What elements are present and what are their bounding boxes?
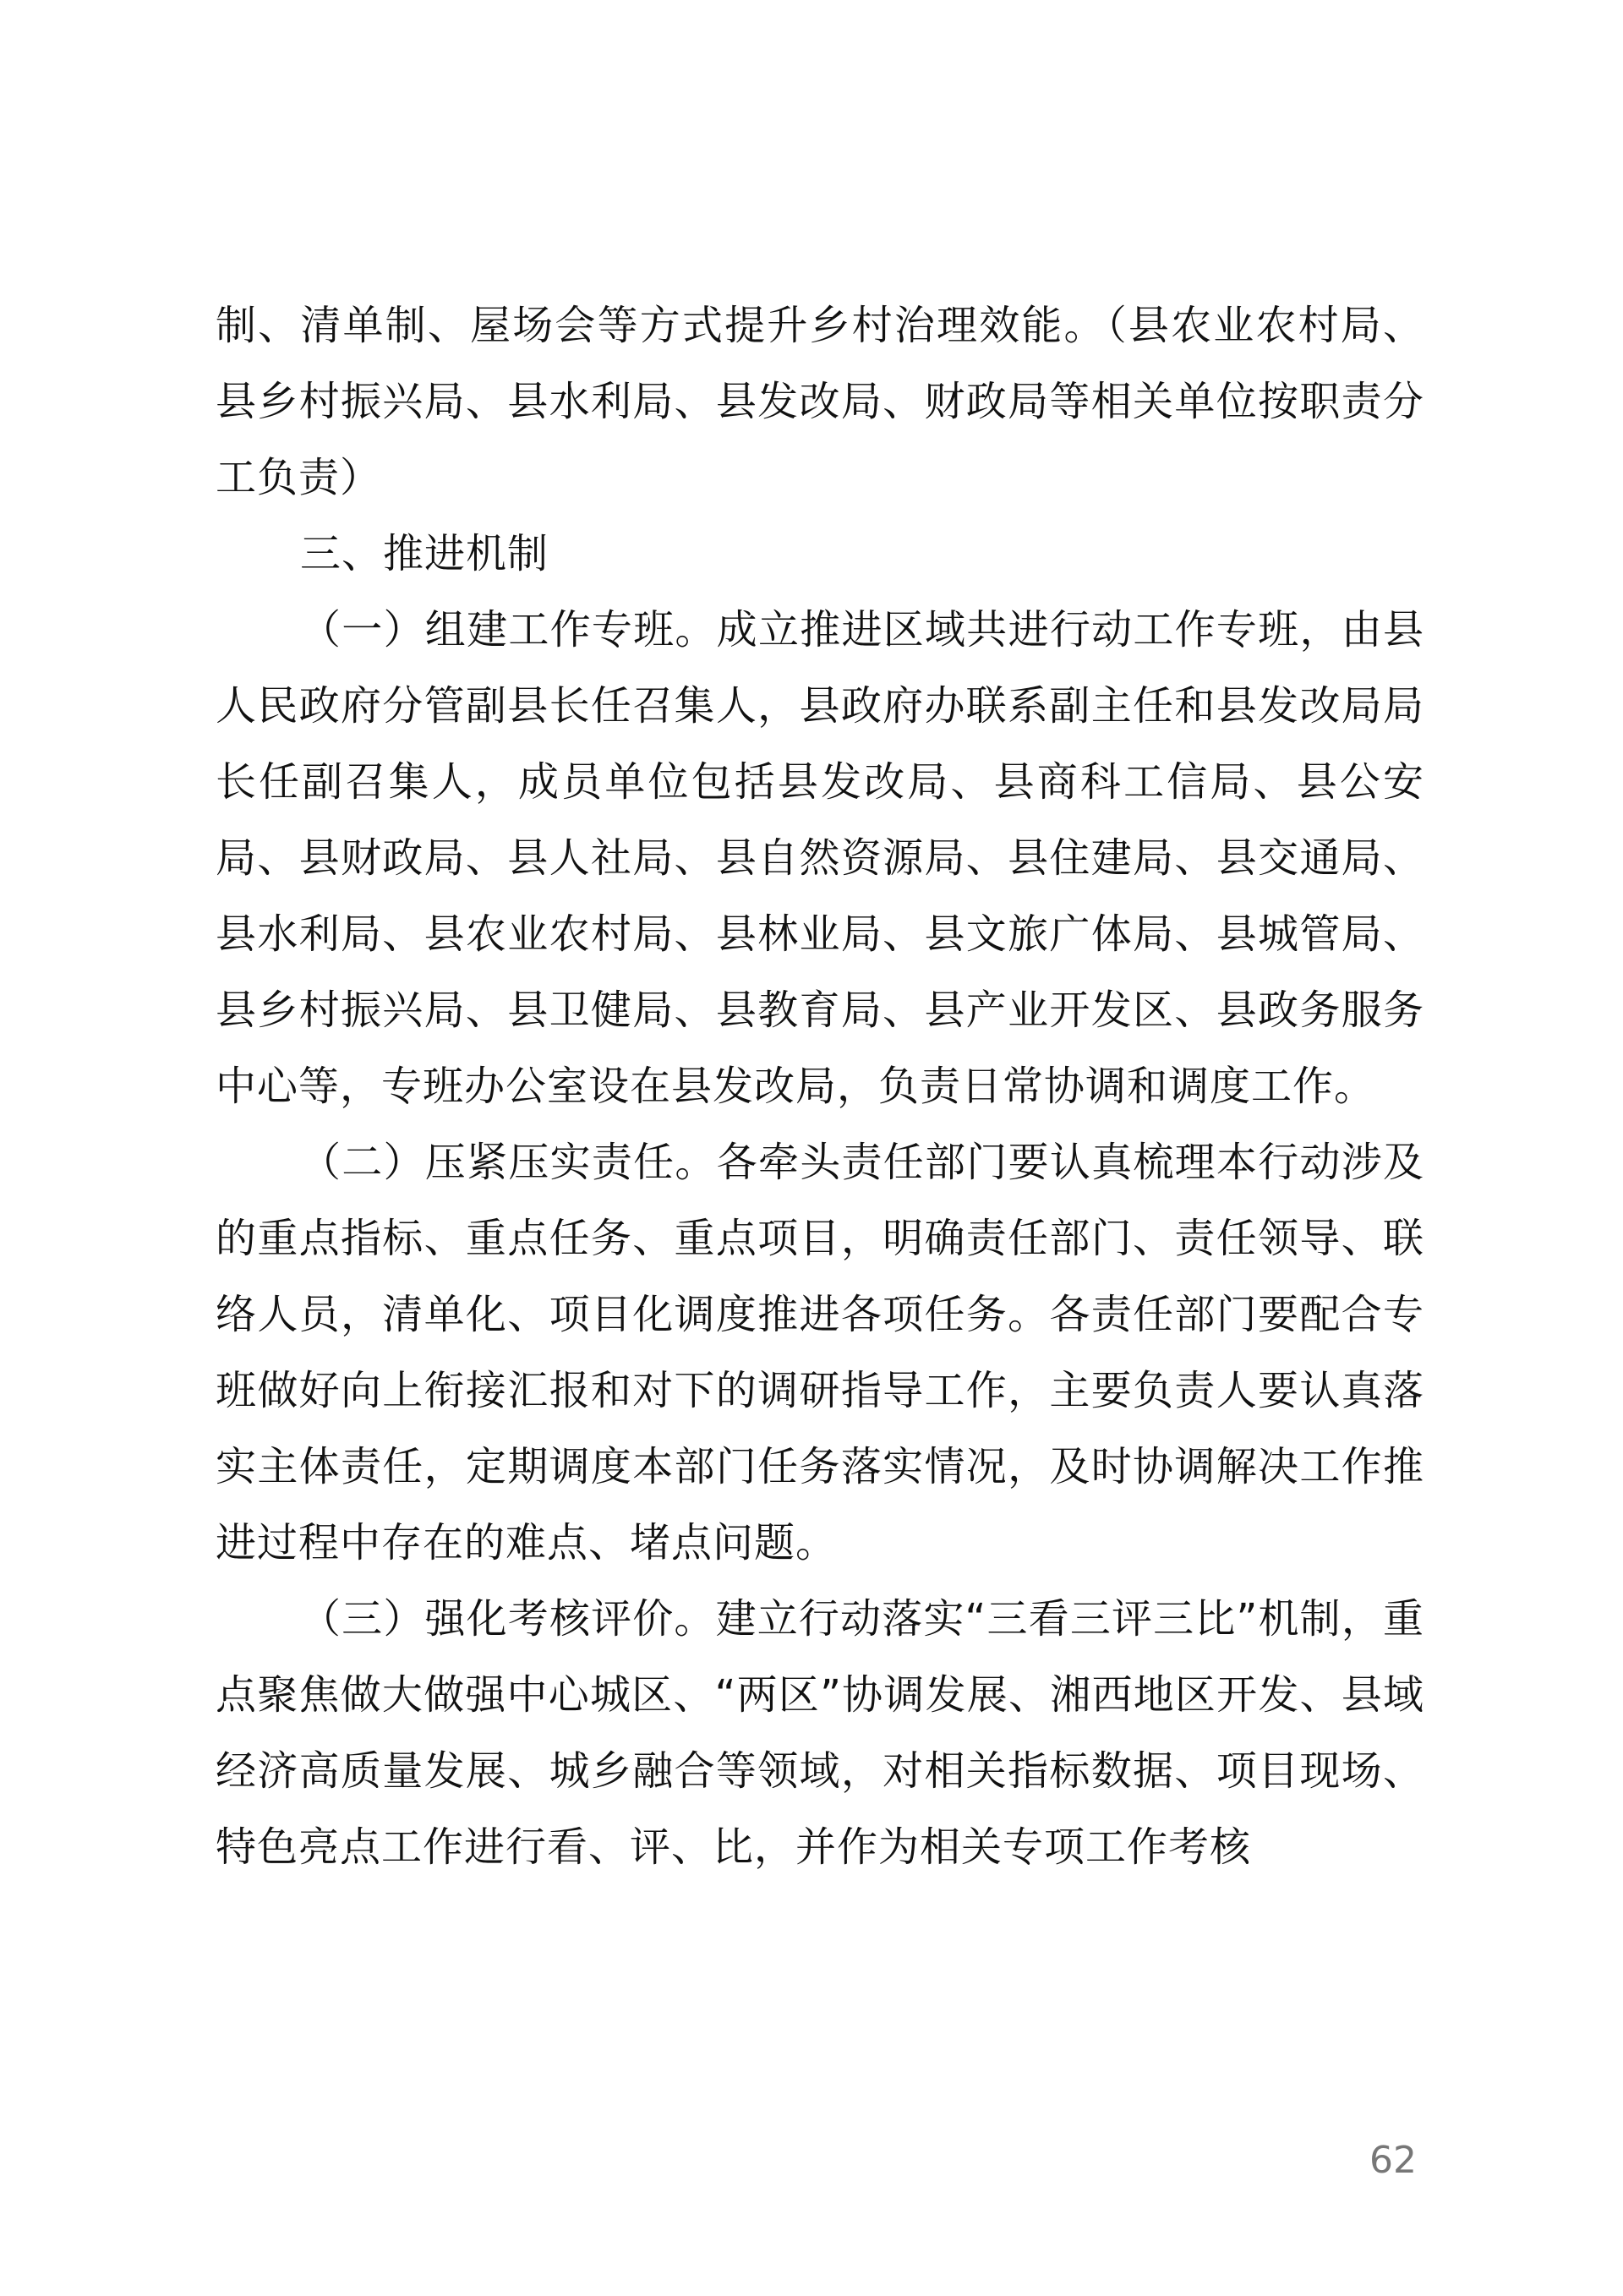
paragraph-responsibility: （二）压紧压实责任。各牵头责任部门要认真梳理本行动涉及的重点指标、重点任务、重点… <box>216 1124 1424 1581</box>
paragraph-work-team: （一）组建工作专班。成立推进区域共进行动工作专班，由县人民政府分管副县长任召集人… <box>216 592 1424 1124</box>
page-number: 62 <box>1369 2139 1417 2182</box>
section-heading: 三、推进机制 <box>216 516 1424 592</box>
document-page: 制、清单制、屋场会等方式提升乡村治理效能。（县农业农村局、县乡村振兴局、县水利局… <box>0 0 1623 2296</box>
document-body: 制、清单制、屋场会等方式提升乡村治理效能。（县农业农村局、县乡村振兴局、县水利局… <box>216 287 1424 1885</box>
paragraph-evaluation: （三）强化考核评价。建立行动落实“三看三评三比”机制，重点聚焦做大做强中心城区、… <box>216 1581 1424 1885</box>
paragraph-continuation: 制、清单制、屋场会等方式提升乡村治理效能。（县农业农村局、县乡村振兴局、县水利局… <box>216 287 1424 516</box>
